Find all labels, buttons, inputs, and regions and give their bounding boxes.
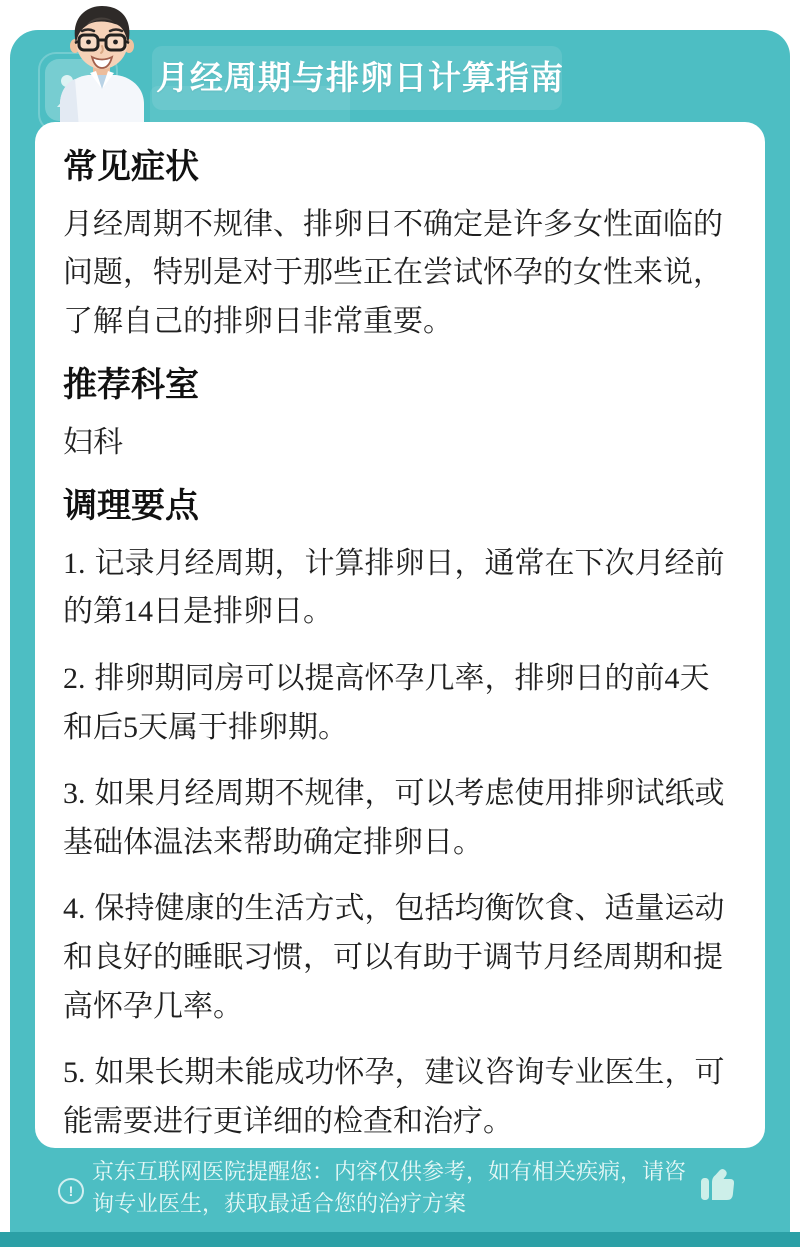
tip-item-3: 3.如果月经周期不规律，可以考虑使用排卵试纸或基础体温法来帮助确定排卵日。	[63, 770, 737, 867]
tip-item-5: 5.如果长期未能成功怀孕，建议咨询专业医生，可能需要进行更详细的检查和治疗。	[63, 1049, 737, 1146]
section-heading-department: 推荐科室	[63, 364, 737, 407]
footer-disclaimer: 京东互联网医院提醒您：内容仅供参考，如有相关疾病，请咨询专业医生，获取最适合您的…	[92, 1156, 696, 1219]
page-title: 月经周期与排卵日计算指南	[156, 52, 716, 99]
tip-number: 3.	[63, 777, 86, 810]
thumbs-up-button[interactable]	[700, 1166, 740, 1206]
tip-number: 2.	[63, 662, 86, 695]
tip-item-4: 4.保持健康的生活方式，包括均衡饮食、适量运动和良好的睡眠习惯，可以有助于调节月…	[63, 885, 737, 1031]
tip-item-1: 1.记录月经周期，计算排卵日，通常在下次月经前的第14日是排卵日。	[63, 540, 737, 637]
thumbs-up-icon	[700, 1166, 736, 1202]
tip-number: 4.	[63, 892, 86, 925]
symptoms-paragraph: 月经周期不规律、排卵日不确定是许多女性面临的问题，特别是对于那些正在尝试怀孕的女…	[63, 201, 737, 347]
tip-item-2: 2.排卵期同房可以提高怀孕几率，排卵日的前4天和后5天属于排卵期。	[63, 655, 737, 752]
content-card: 常见症状 月经周期不规律、排卵日不确定是许多女性面临的问题，特别是对于那些正在尝…	[35, 122, 765, 1148]
tip-text: 如果长期未能成功怀孕，建议咨询专业医生，可能需要进行更详细的检查和治疗。	[63, 1056, 725, 1138]
tip-number: 5.	[63, 1056, 86, 1089]
tip-text: 排卵期同房可以提高怀孕几率，排卵日的前4天和后5天属于排卵期。	[63, 662, 710, 744]
tip-text: 记录月经周期，计算排卵日，通常在下次月经前的第14日是排卵日。	[63, 547, 725, 629]
doctor-avatar	[46, 2, 158, 128]
tip-text: 如果月经周期不规律，可以考虑使用排卵试纸或基础体温法来帮助确定排卵日。	[63, 777, 725, 859]
department-value: 妇科	[63, 419, 737, 468]
tip-text: 保持健康的生活方式，包括均衡饮食、适量运动和良好的睡眠习惯，可以有助于调节月经周…	[63, 892, 725, 1022]
page: { "header": { "title": "月经周期与排卵日计算指南", "…	[0, 0, 800, 1247]
tip-number: 1.	[63, 547, 86, 580]
section-heading-symptoms: 常见症状	[63, 146, 737, 189]
bottom-accent-bar	[0, 1232, 800, 1247]
doctor-avatar-illustration	[46, 2, 158, 128]
info-icon: !	[58, 1178, 84, 1204]
section-heading-tips: 调理要点	[63, 485, 737, 528]
